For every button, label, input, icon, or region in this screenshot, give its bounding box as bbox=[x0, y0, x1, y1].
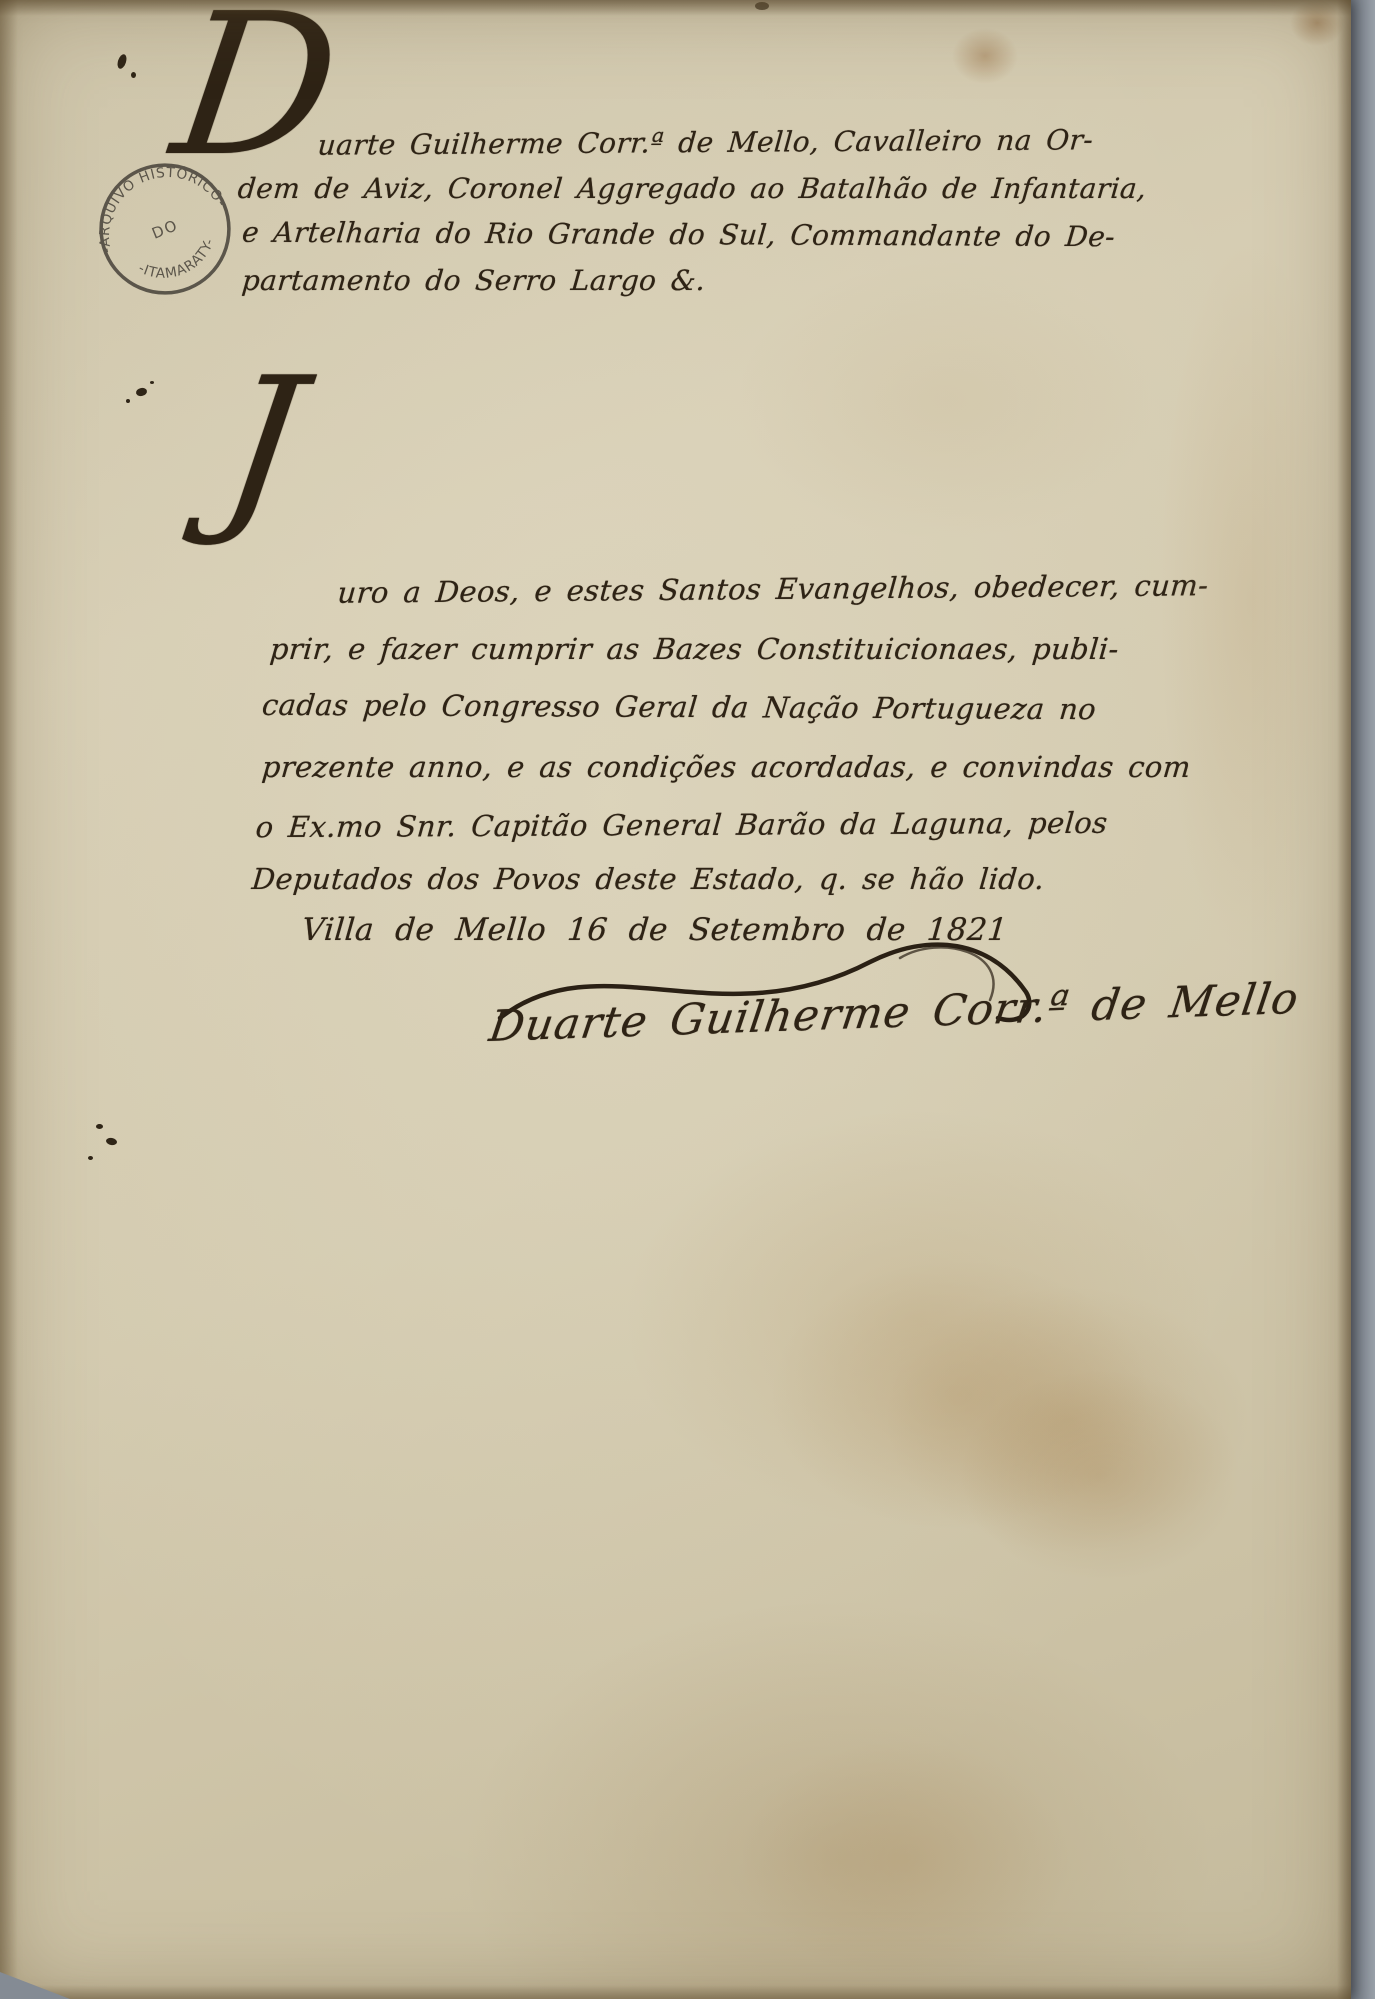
ink-speck bbox=[96, 1124, 103, 1129]
paper-stain bbox=[952, 28, 1018, 84]
heading-line: uarte Guilherme Corr.ª de Mello, Cavalle… bbox=[316, 123, 1094, 161]
ink-speck bbox=[755, 2, 769, 10]
oath-line: Deputados dos Povos deste Estado, q. se … bbox=[251, 862, 1046, 896]
svg-text:-ITAMARATY-: -ITAMARATY- bbox=[132, 232, 226, 295]
ink-speck bbox=[126, 399, 130, 403]
stamp-text-center: DO bbox=[149, 216, 181, 243]
paper-stain bbox=[1290, 0, 1344, 46]
ink-speck bbox=[116, 53, 128, 70]
oath-line: cadas pelo Congresso Geral da Nação Port… bbox=[261, 688, 1098, 726]
ink-speck bbox=[105, 1137, 117, 1146]
ink-speck bbox=[135, 387, 147, 397]
paper-stain bbox=[740, 1740, 1070, 1980]
oath-line: prezente anno, e as condições acordadas,… bbox=[261, 750, 1193, 784]
scan-background-strip bbox=[1351, 0, 1375, 1999]
stamp-text-bottom: -ITAMARATY- bbox=[132, 232, 226, 295]
manuscript-scan: -ARQUIVO HISTÓRICO- DO -ITAMARATY- D uar… bbox=[0, 0, 1375, 1999]
oath-line: uro a Deos, e estes Santos Evangelhos, o… bbox=[336, 568, 1209, 610]
ink-speck bbox=[150, 381, 154, 384]
oath-line: prir, e fazer cumprir as Bazes Constitui… bbox=[269, 632, 1121, 666]
heading-line: dem de Aviz, Coronel Aggregado ao Batalh… bbox=[237, 172, 1148, 205]
paper-stain bbox=[960, 1370, 1240, 1580]
manuscript-page: -ARQUIVO HISTÓRICO- DO -ITAMARATY- D uar… bbox=[0, 0, 1351, 1999]
ink-speck bbox=[88, 1156, 93, 1160]
heading-drop-cap: D bbox=[162, 0, 351, 200]
ink-speck bbox=[131, 72, 136, 78]
oath-drop-cap: J bbox=[211, 338, 314, 550]
heading-line: partamento do Serro Largo &. bbox=[241, 264, 707, 297]
oath-line: o Ex.mo Snr. Capitão General Barão da La… bbox=[254, 806, 1109, 844]
paper-stain bbox=[770, 1260, 1150, 1530]
heading-line: e Artelharia do Rio Grande do Sul, Comma… bbox=[241, 216, 1117, 254]
